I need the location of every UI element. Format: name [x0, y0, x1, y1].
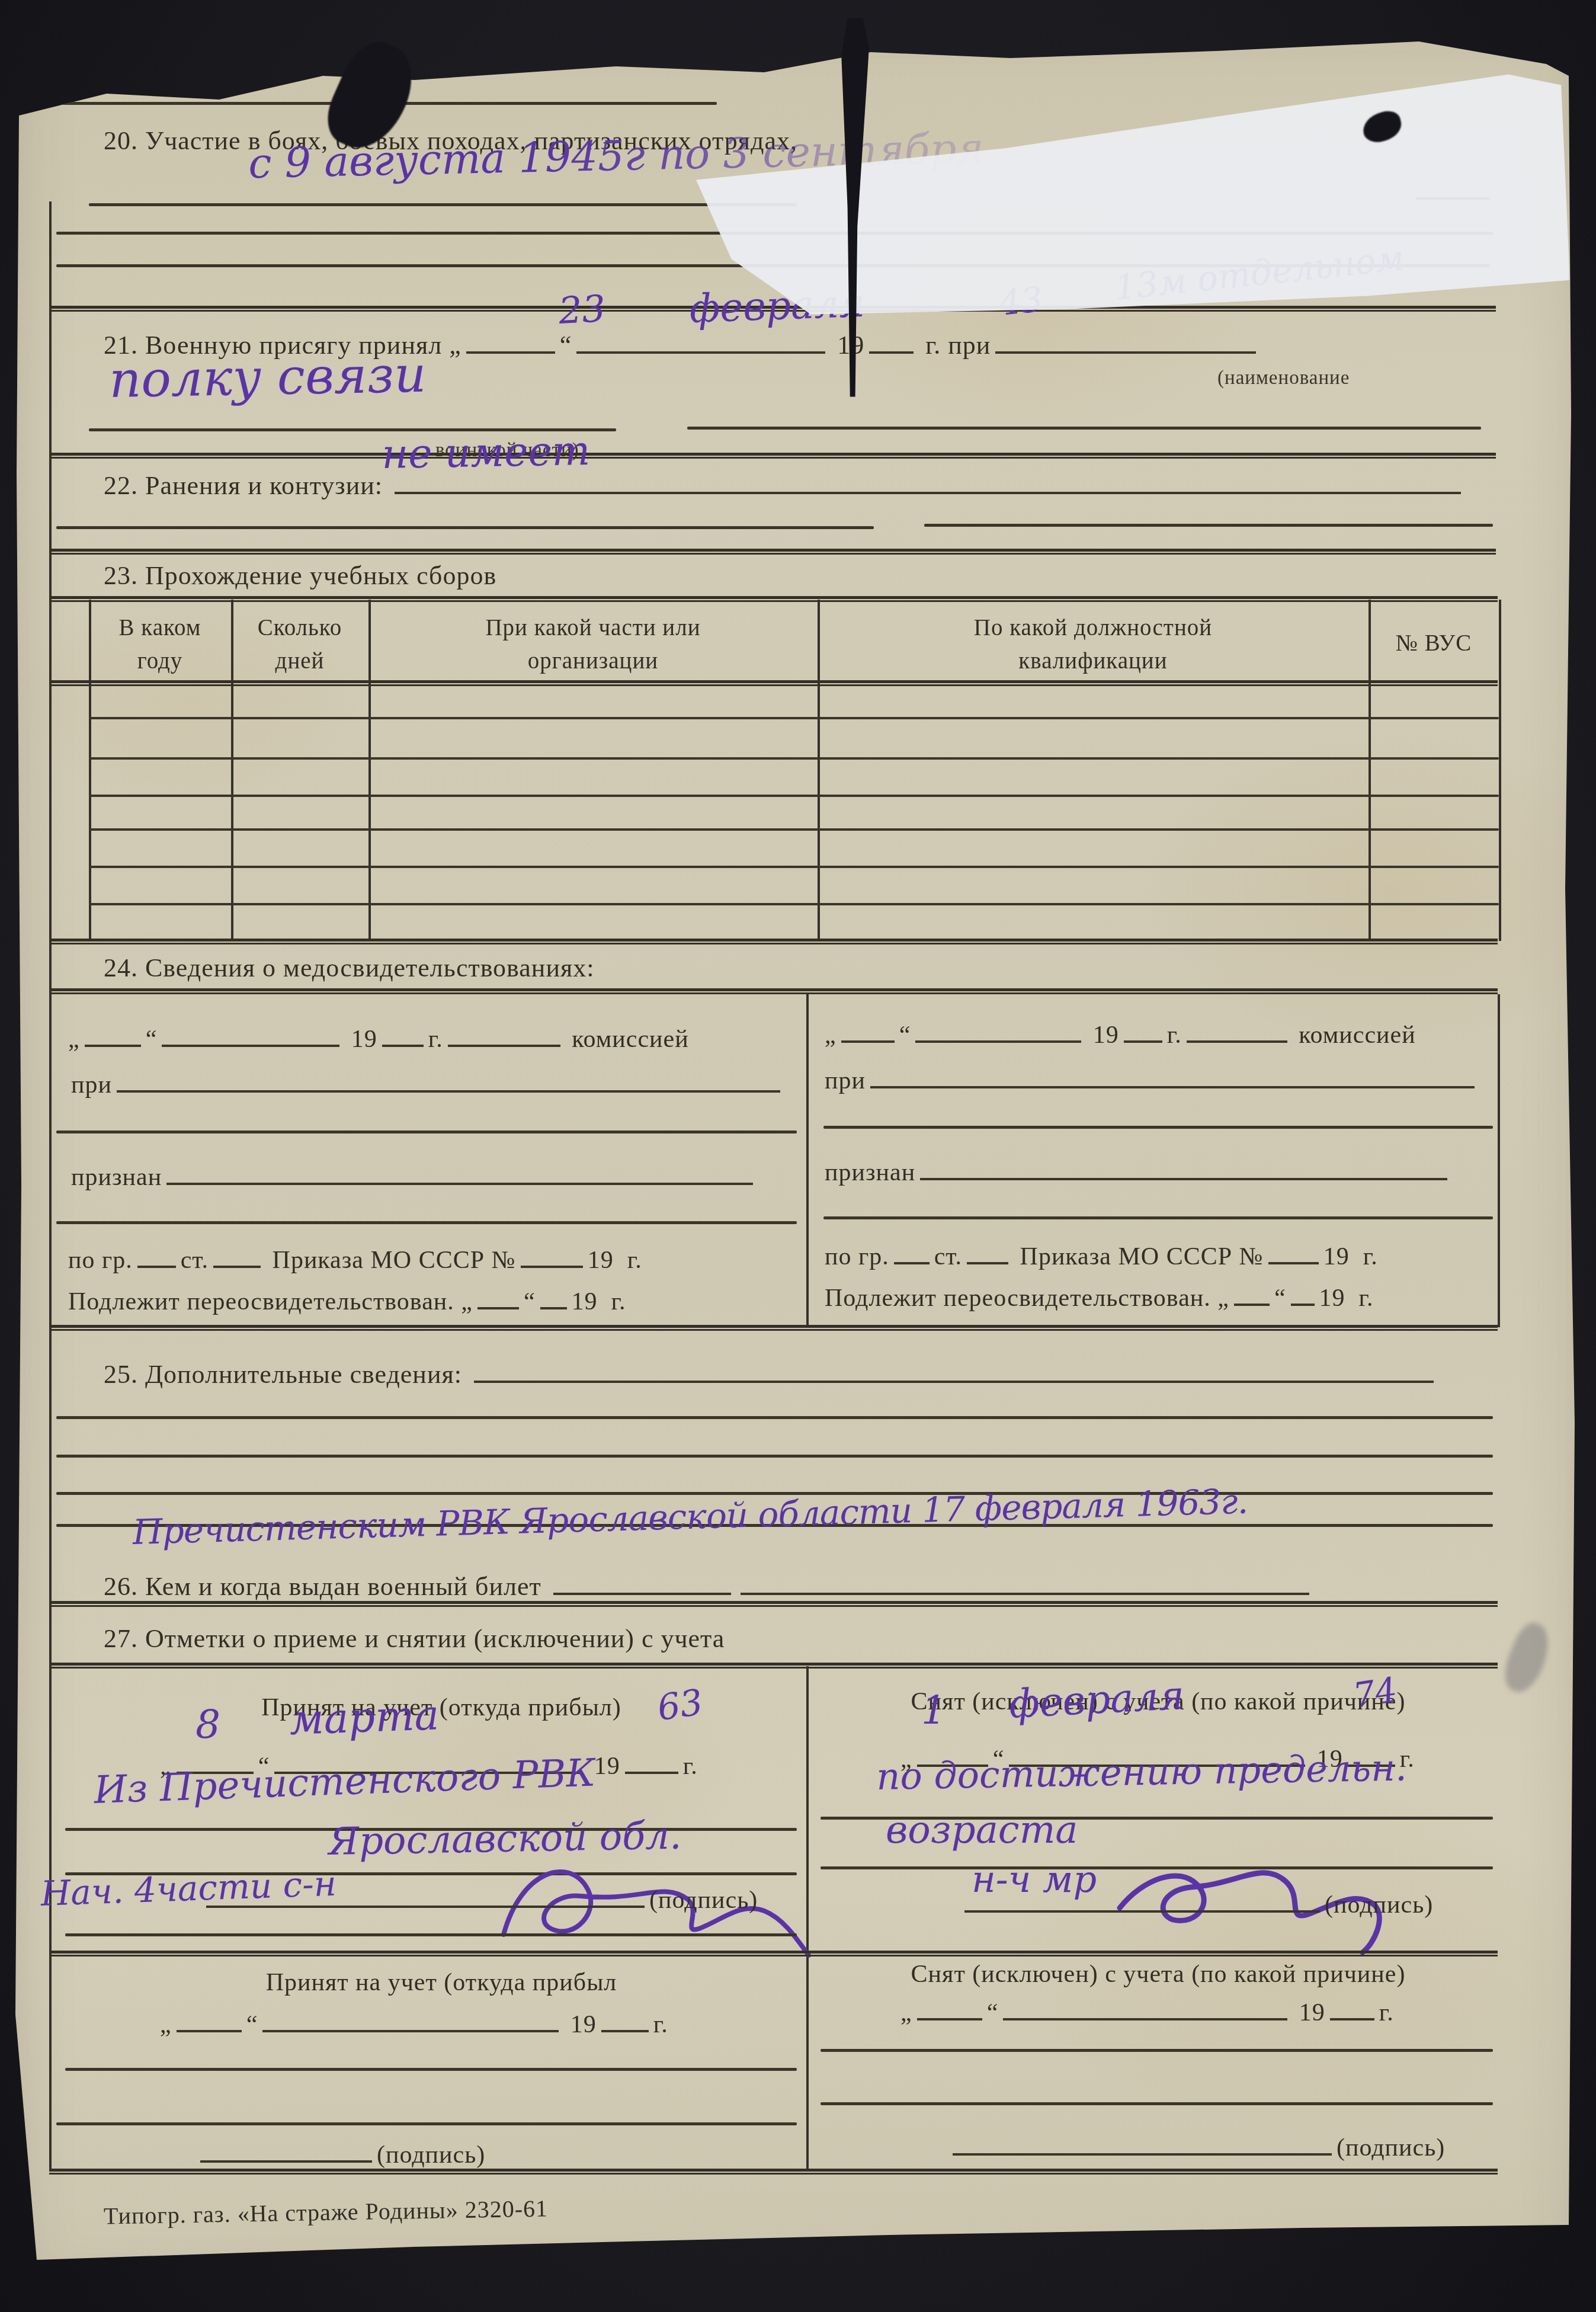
- writing-line: [56, 526, 874, 529]
- commission-label: комиссией: [1299, 1021, 1415, 1049]
- remove-podpis-line-2: (подпись): [948, 2131, 1445, 2162]
- white-patch: [687, 53, 1570, 317]
- medical-left-reexam: Подлежит переосвидетельствован. „“19 г.: [68, 1285, 626, 1316]
- remove-date-line-2: „“ 19г.: [900, 1996, 1394, 2027]
- handwriting-wounds: не имеет: [382, 428, 591, 478]
- registration-row-divider: [49, 1951, 1498, 1956]
- podpis-caption: (подпись): [377, 2141, 485, 2169]
- section-21-mid: г. при: [925, 331, 991, 360]
- quote-open: „: [449, 331, 462, 360]
- quote-close: “: [560, 331, 572, 360]
- section-divider: [49, 1663, 1498, 1669]
- section-divider: [49, 988, 1498, 994]
- section-25-number: 25.: [104, 1360, 138, 1389]
- column-header-unit: При какой части илиорганизации: [368, 611, 818, 678]
- writing-line: [89, 203, 797, 206]
- handwriting-accept-month: марта: [289, 1690, 440, 1744]
- remove-header-2: Снят (исключен) с учета (по какой причин…: [818, 1960, 1499, 1988]
- handwriting-remove-day: 1: [921, 1687, 946, 1733]
- writing-line: [56, 1221, 797, 1224]
- section-23-title: 23. Прохождение учебных сборов: [104, 561, 496, 591]
- section-24-label: Сведения о медосвидетельствованиях:: [145, 953, 594, 982]
- section-26-line: 26. Кем и когда выдан военный билет: [104, 1569, 1314, 1602]
- remove-podpis-line: (подпись): [960, 1888, 1433, 1919]
- writing-line: [56, 2122, 797, 2125]
- table-top-border: [49, 596, 1498, 602]
- section-divider: [49, 549, 1496, 555]
- writing-line: [823, 1126, 1493, 1129]
- photo-background: 20. Участие в боях, боевых походах, парт…: [0, 0, 1596, 2312]
- blank-day: [466, 328, 555, 354]
- blank-year: [869, 328, 914, 354]
- blank-additional: [474, 1357, 1434, 1383]
- writing-line: [65, 2068, 797, 2071]
- accept-header-2: Принят на учет (откуда прибыл: [89, 1968, 794, 1997]
- writing-line: [65, 1933, 797, 1936]
- commission-label: комиссией: [572, 1026, 688, 1053]
- section-20-number: 20.: [104, 126, 138, 155]
- accept-podpis-line-2: (подпись): [196, 2138, 485, 2169]
- column-header-vus: № ВУС: [1369, 627, 1499, 660]
- accept-date-line-2: „“ 19г.: [160, 2007, 668, 2039]
- section-25-label: Дополнительные сведения:: [145, 1360, 462, 1389]
- handwriting-remove-month: февраля: [1008, 1673, 1185, 1727]
- handwriting-unit-2: полку связи: [108, 345, 427, 409]
- section-23-label: Прохождение учебных сборов: [145, 561, 496, 590]
- podpis-caption: (подпись): [649, 1887, 758, 1914]
- section-divider: [49, 1601, 1498, 1607]
- column-header-qualification: По какой должностнойквалификации: [818, 611, 1369, 678]
- section-22-line: 22. Ранения и контузии:: [104, 468, 1466, 501]
- section-27-title: 27. Отметки о приеме и снятии (исключени…: [104, 1623, 725, 1654]
- handwriting-remove-reason-1: по достижению предельн.: [876, 1746, 1407, 1798]
- handwriting-remove-year: 74: [1350, 1669, 1400, 1716]
- writing-line: [821, 2049, 1493, 2052]
- table-row-line: [89, 795, 1499, 797]
- writing-line: [821, 2102, 1493, 2105]
- printer-imprint: Типогр. газ. «На страже Родины» 2320-61: [104, 2194, 549, 2230]
- table-row-line: [89, 828, 1499, 831]
- table-header-border: [49, 680, 1498, 686]
- podpis-caption: (подпись): [1325, 1891, 1433, 1919]
- medical-right-order: по гр.ст. Приказа МО СССР №19 г.: [825, 1240, 1378, 1271]
- handwriting-remove-reason-2: возраста: [886, 1808, 1078, 1852]
- caption-name: (наименование: [1217, 367, 1350, 389]
- section-24-title: 24. Сведения о медосвидетельствованиях:: [104, 953, 594, 983]
- medical-left-priznan: признан: [71, 1160, 758, 1192]
- section-25-title: 25. Дополнительные сведения:: [104, 1357, 1438, 1389]
- table-row-line: [89, 717, 1499, 719]
- blank-unit: [995, 328, 1256, 354]
- writing-line: [687, 427, 1481, 430]
- document-card: 20. Участие в боях, боевых походах, парт…: [0, 0, 1596, 2312]
- medical-left-order: по гр.ст. Приказа МО СССР №19 г.: [68, 1243, 642, 1275]
- blank-month: [576, 328, 825, 354]
- table-row-line: [89, 757, 1499, 760]
- section-24-number: 24.: [104, 953, 138, 982]
- medical-right-date-line: „“ 19г. комиссией: [825, 1018, 1416, 1049]
- section-divider: [49, 1325, 1498, 1331]
- medical-right-pri: при: [825, 1064, 1479, 1095]
- section-26-label: Кем и когда выдан военный билет: [145, 1572, 541, 1601]
- table-border: [1499, 600, 1501, 941]
- section-22-label: Ранения и контузии:: [145, 471, 383, 500]
- handwriting-accept-year: 63: [655, 1682, 705, 1729]
- section-27-number: 27.: [104, 1624, 138, 1653]
- pencil-smudge: [1498, 1618, 1557, 1698]
- handwriting-oath-day: 23: [557, 287, 607, 332]
- section-27-label: Отметки о приеме и снятии (исключении) с…: [145, 1624, 725, 1653]
- medical-right-priznan: признан: [825, 1155, 1452, 1187]
- medical-right-border: [1498, 994, 1500, 1327]
- table-bottom-border: [49, 939, 1498, 944]
- medical-left-date-line: „“ 19г. комиссией: [68, 1022, 689, 1053]
- podpis-caption: (подпись): [1337, 2134, 1445, 2162]
- section-26-number: 26.: [104, 1572, 138, 1601]
- writing-line: [924, 524, 1493, 527]
- writing-line: [56, 1416, 1493, 1419]
- bottom-border: [49, 2169, 1498, 2175]
- writing-line: [823, 1216, 1493, 1219]
- section-divider: [49, 453, 1496, 459]
- medical-column-divider: [806, 994, 809, 1327]
- table-row-line: [89, 866, 1499, 868]
- medical-left-pri: при: [71, 1068, 785, 1099]
- table-row-line: [89, 903, 1499, 905]
- section-22-number: 22.: [104, 471, 138, 500]
- column-header-days: Сколькодней: [231, 611, 368, 678]
- section-23-number: 23.: [104, 561, 138, 590]
- writing-line: [56, 1455, 1493, 1458]
- writing-line: [56, 1131, 797, 1133]
- handwriting-accept-day: 8: [196, 1702, 220, 1747]
- medical-right-reexam: Подлежит переосвидетельствован. „“19 г.: [825, 1281, 1374, 1312]
- accept-podpis-line: (подпись): [201, 1883, 758, 1914]
- column-header-year: В какомгоду: [89, 611, 231, 678]
